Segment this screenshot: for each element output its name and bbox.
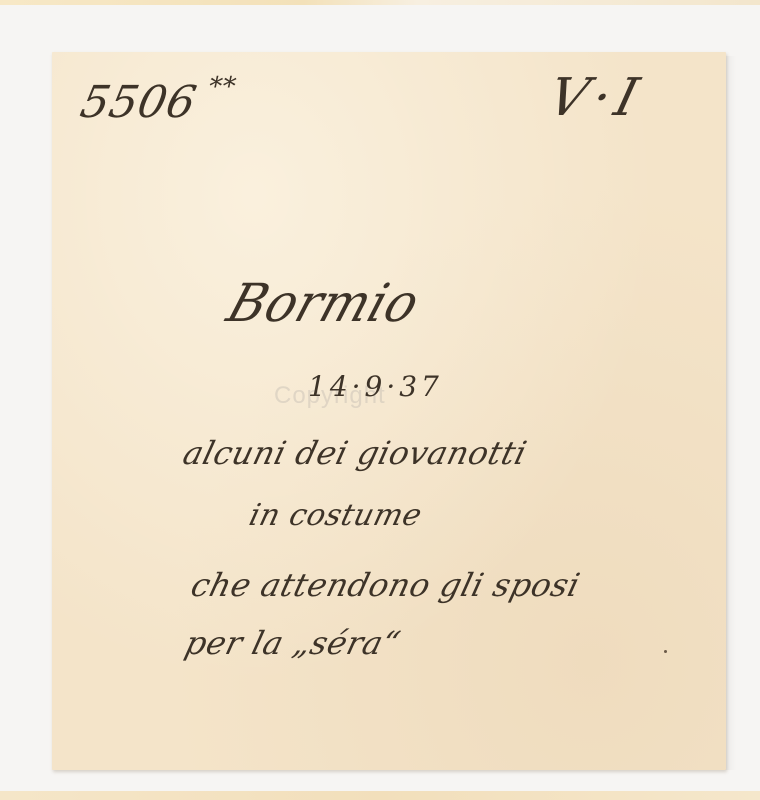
caption-line: in costume — [246, 498, 426, 533]
catalog-number: 5506** — [76, 72, 239, 128]
mount-top-edge — [0, 0, 760, 5]
mount-bottom-edge — [0, 791, 760, 800]
caption-line: che attendono gli sposi — [187, 566, 584, 604]
ink-speck — [664, 650, 667, 653]
caption-line: per la „séra“ — [181, 624, 404, 662]
catalog-marks: ** — [206, 72, 239, 102]
photo-date: 14·9·37 — [308, 370, 443, 403]
catalog-number-value: 5506 — [76, 77, 201, 128]
volume-mark: V·I — [543, 68, 651, 128]
caption-line: alcuni dei giovanotti — [179, 434, 531, 472]
caption-card: 5506** V·I Copyright Bormio 14·9·37 alcu… — [52, 52, 726, 770]
place-name: Bormio — [220, 273, 427, 334]
